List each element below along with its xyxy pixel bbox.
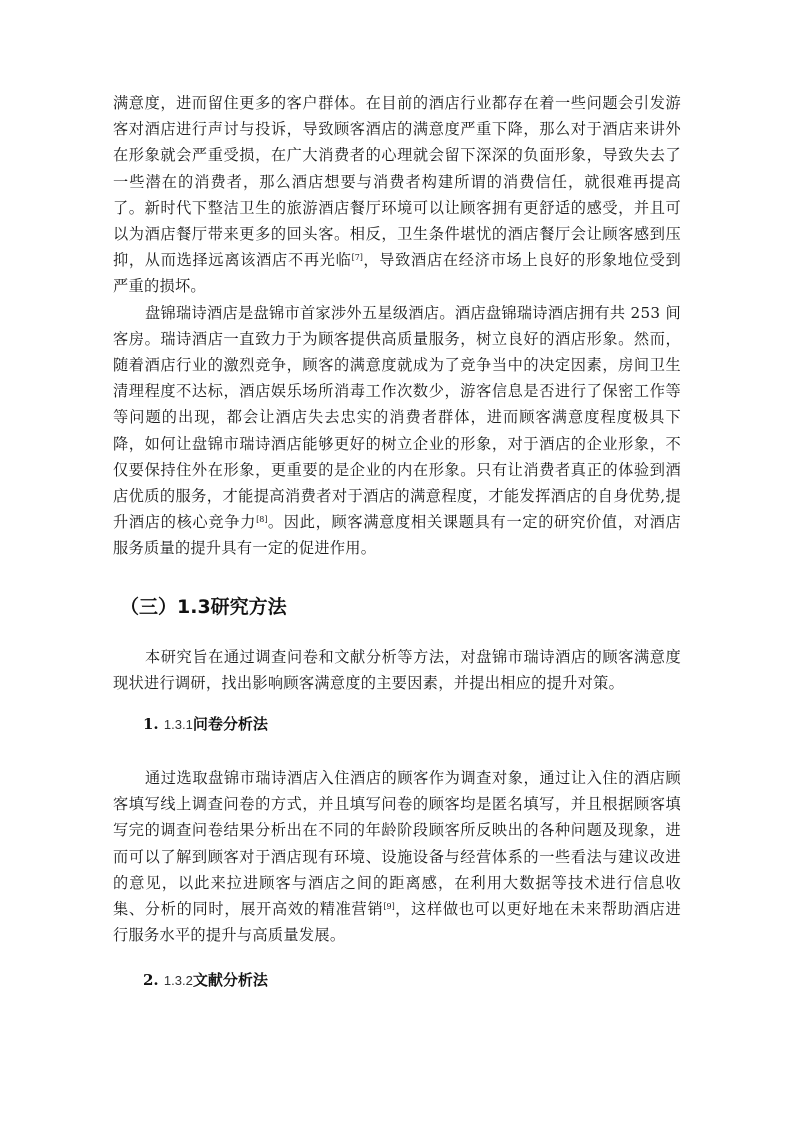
subsection-title: 问卷分析法 [193, 715, 268, 733]
section-heading: （三）1.3研究方法 [113, 587, 681, 627]
subsection-code: 1.3.1 [164, 717, 193, 732]
paragraph-text: 满意度，进而留住更多的客户群体。在目前的酒店行业都存在着一些问题会引发游客对酒店… [113, 94, 681, 269]
subsection-code: 1.3.2 [164, 973, 193, 988]
subsection-number: 2. [143, 971, 159, 989]
paragraph-research-methods-intro: 本研究旨在通过调查问卷和文献分析等方法，对盘锦市瑞诗酒店的顾客满意度现状进行调研… [113, 644, 681, 696]
paragraph-questionnaire-method: 通过选取盘锦市瑞诗酒店入住酒店的顾客作为调查对象，通过让入住的酒店顾客填写线上调… [113, 765, 681, 948]
paragraph-hotel-background: 盘锦瑞诗酒店是盘锦市首家涉外五星级酒店。酒店盘锦瑞诗酒店拥有共 253 间客房。… [113, 300, 681, 562]
subsection-number: 1. [143, 715, 159, 733]
document-page: 满意度，进而留住更多的客户群体。在目前的酒店行业都存在着一些问题会引发游客对酒店… [113, 90, 681, 993]
citation-ref: [8] [256, 515, 267, 524]
subsection-heading-questionnaire: 1. 1.3.1问卷分析法 [113, 711, 681, 737]
paragraph-text: 通过选取盘锦市瑞诗酒店入住酒店的顾客作为调查对象，通过让入住的酒店顾客填写线上调… [113, 769, 681, 918]
subsection-heading-literature: 2. 1.3.2文献分析法 [113, 967, 681, 993]
citation-ref: [7] [352, 253, 363, 262]
paragraph-text: 盘锦瑞诗酒店是盘锦市首家涉外五星级酒店。酒店盘锦瑞诗酒店拥有共 253 间客房。… [113, 304, 681, 532]
paragraph-customer-satisfaction-impact: 满意度，进而留住更多的客户群体。在目前的酒店行业都存在着一些问题会引发游客对酒店… [113, 90, 681, 300]
subsection-title: 文献分析法 [193, 971, 268, 989]
citation-ref: [9] [383, 902, 394, 911]
